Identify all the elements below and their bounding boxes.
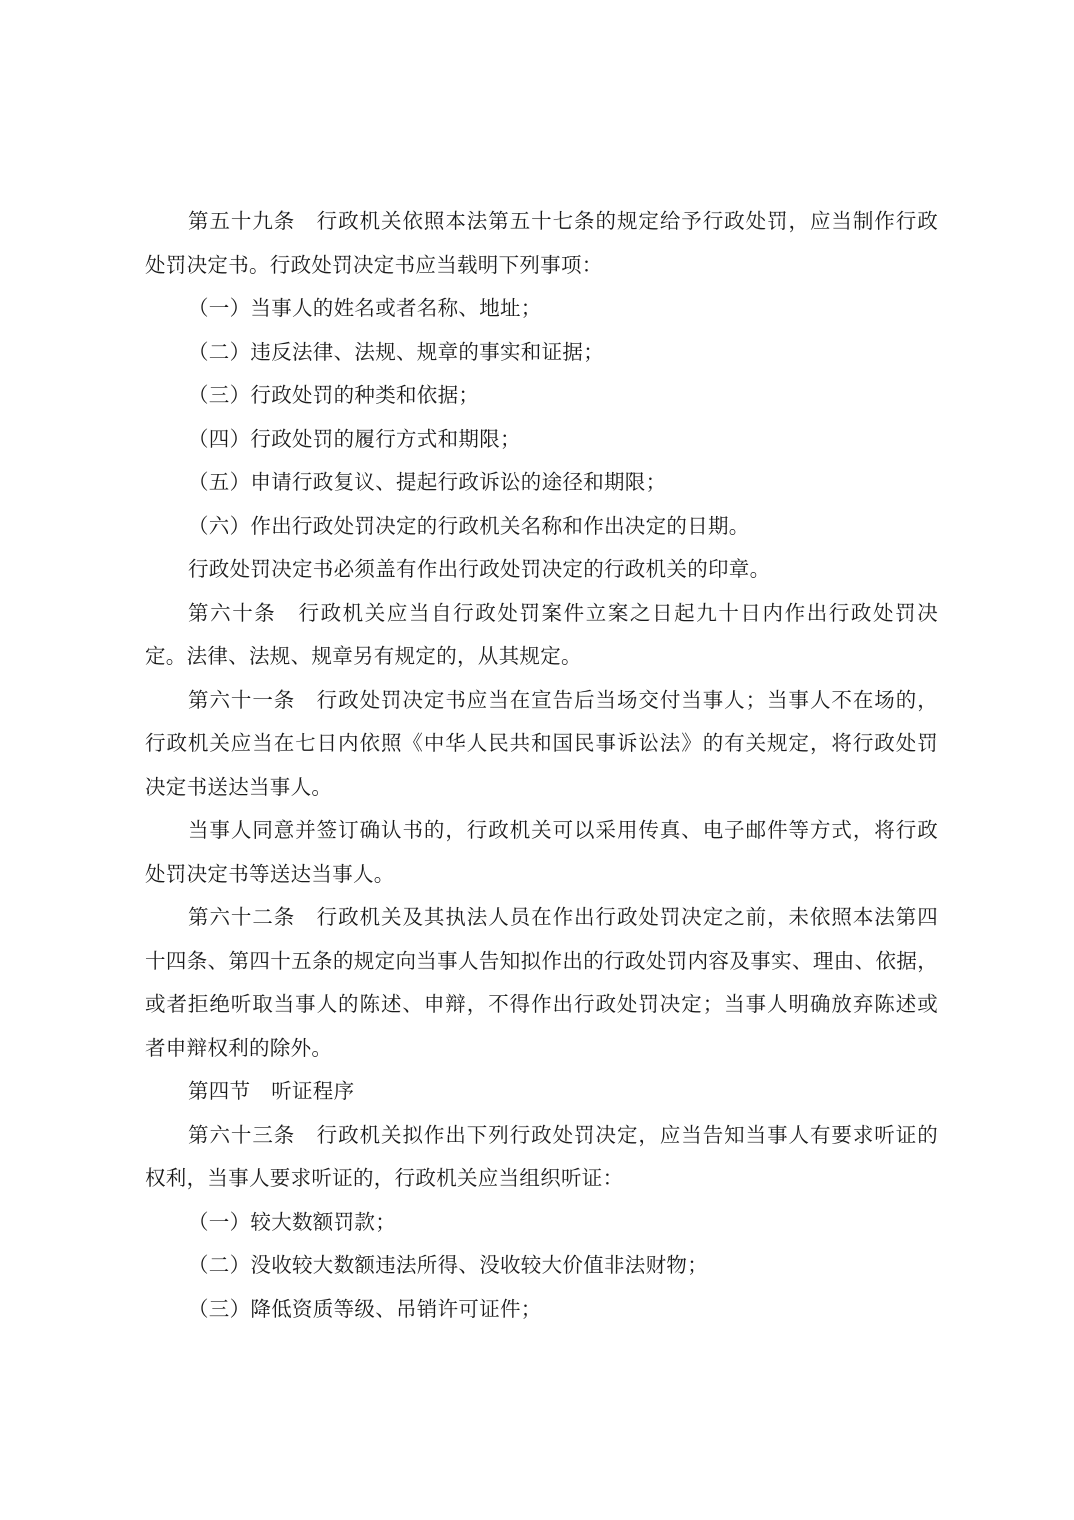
article-63-item-3: （三）降低资质等级、吊销许可证件； (145, 1288, 938, 1332)
article-63-continuation-line: 权利，当事人要求听证的，行政机关应当组织听证： (145, 1157, 938, 1201)
article-61-line-3: 决定书送达当事人。 (145, 766, 938, 810)
document-page: 第五十九条 行政机关依照本法第五十七条的规定给予行政处罚，应当制作行政 处罚决定… (145, 200, 938, 1331)
article-61-paragraph-2-line-2: 处罚决定书等送达当事人。 (145, 853, 938, 897)
article-60-continuation-line: 定。法律、法规、规章另有规定的，从其规定。 (145, 635, 938, 679)
article-59-item-2: （二）违反法律、法规、规章的事实和证据； (145, 331, 938, 375)
article-61-paragraph-2-line-1: 当事人同意并签订确认书的，行政机关可以采用传真、电子邮件等方式，将行政 (145, 809, 938, 853)
article-59-heading-line: 第五十九条 行政机关依照本法第五十七条的规定给予行政处罚，应当制作行政 (145, 200, 938, 244)
article-63-heading-line: 第六十三条 行政机关拟作出下列行政处罚决定，应当告知当事人有要求听证的 (145, 1114, 938, 1158)
article-59-item-1: （一）当事人的姓名或者名称、地址； (145, 287, 938, 331)
article-59-item-5: （五）申请行政复议、提起行政诉讼的途径和期限； (145, 461, 938, 505)
article-63-item-1: （一）较大数额罚款； (145, 1201, 938, 1245)
article-63-item-2: （二）没收较大数额违法所得、没收较大价值非法财物； (145, 1244, 938, 1288)
article-61-line-2: 行政机关应当在七日内依照《中华人民共和国民事诉讼法》的有关规定，将行政处罚 (145, 722, 938, 766)
article-59-item-4: （四）行政处罚的履行方式和期限； (145, 418, 938, 462)
article-62-line-2: 十四条、第四十五条的规定向当事人告知拟作出的行政处罚内容及事实、理由、依据， (145, 940, 938, 984)
article-59-seal-paragraph: 行政处罚决定书必须盖有作出行政处罚决定的行政机关的印章。 (145, 548, 938, 592)
article-61-heading-line: 第六十一条 行政处罚决定书应当在宣告后当场交付当事人；当事人不在场的， (145, 679, 938, 723)
article-62-line-4: 者申辩权利的除外。 (145, 1027, 938, 1071)
article-59-item-6: （六）作出行政处罚决定的行政机关名称和作出决定的日期。 (145, 505, 938, 549)
article-59-item-3: （三）行政处罚的种类和依据； (145, 374, 938, 418)
section-4-heading: 第四节 听证程序 (145, 1070, 938, 1114)
article-62-line-3: 或者拒绝听取当事人的陈述、申辩，不得作出行政处罚决定；当事人明确放弃陈述或 (145, 983, 938, 1027)
article-59-continuation-line: 处罚决定书。行政处罚决定书应当载明下列事项： (145, 244, 938, 288)
article-62-heading-line: 第六十二条 行政机关及其执法人员在作出行政处罚决定之前，未依照本法第四 (145, 896, 938, 940)
article-60-heading-line: 第六十条 行政机关应当自行政处罚案件立案之日起九十日内作出行政处罚决 (145, 592, 938, 636)
